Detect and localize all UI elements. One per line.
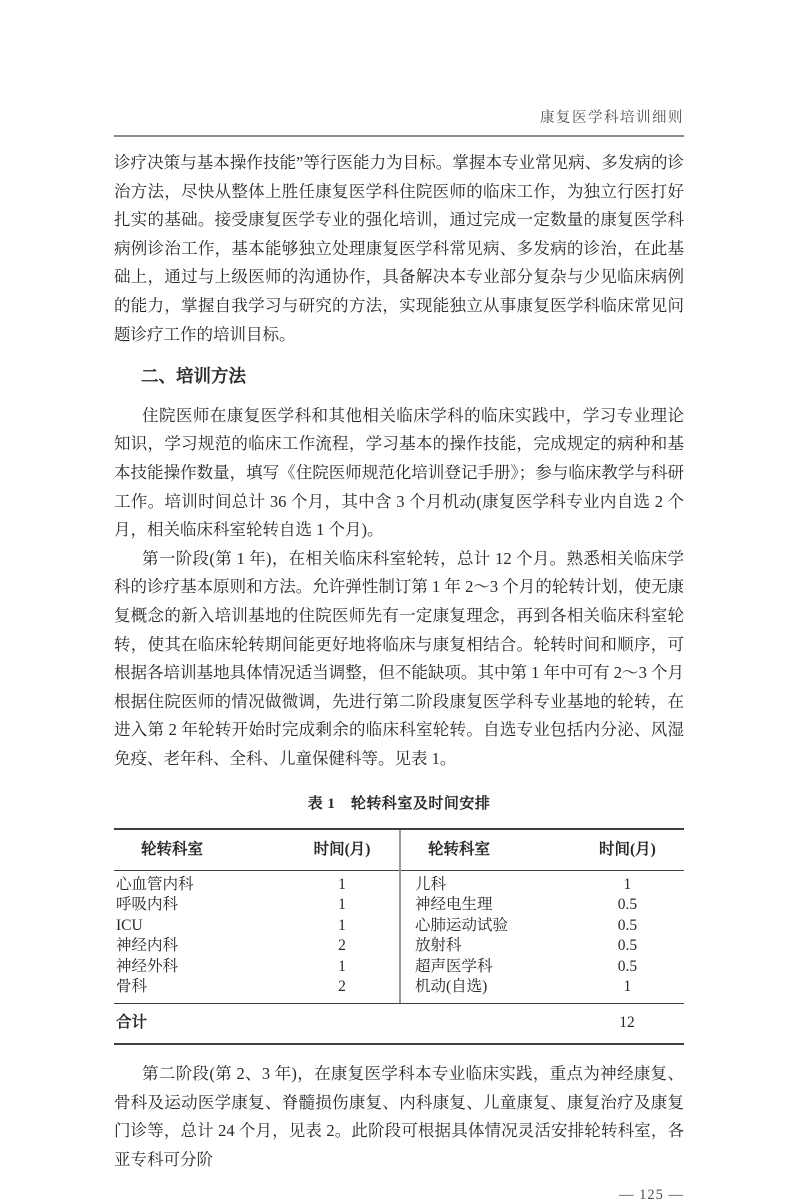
- table-row: 机动(自选)1: [401, 977, 684, 998]
- rotation-table: 轮转科室 时间(月) 心血管内科1呼吸内科1ICU1神经内科2神经外科1骨科2 …: [114, 828, 684, 1045]
- table-right-rows: 儿科1神经电生理0.5心肺运动试验0.5放射科0.5超声医学科0.5机动(自选)…: [401, 875, 684, 998]
- table-cell-time: 2: [285, 973, 399, 1002]
- column-header-time: 时间(月): [571, 836, 684, 865]
- table-cell-time: 1: [571, 973, 684, 1002]
- table-header-row: 轮转科室 时间(月): [401, 830, 684, 871]
- table-title: 表 1 轮转科室及时间安排: [114, 790, 684, 819]
- document-page: 康复医学科培训细则 诊疗决策与基本操作技能”等行医能力为目标。掌握本专业常见病、…: [114, 0, 684, 1204]
- body-text: 诊疗决策与基本操作技能”等行医能力为目标。掌握本专业常见病、多发病的诊治方法，尽…: [114, 149, 684, 1175]
- column-header-dept: 轮转科室: [401, 836, 571, 865]
- table-total-row: 合计 12: [114, 1003, 684, 1044]
- table-header-row: 轮转科室 时间(月): [114, 830, 399, 871]
- paragraph-methods-overview: 住院医师在康复医学科和其他相关临床学科的临床实践中，学习专业理论知识，学习规范的…: [114, 402, 684, 545]
- table-total-label: 合计: [114, 1009, 399, 1038]
- header-rule: [114, 135, 684, 137]
- table-cell-dept: 骨科: [114, 973, 285, 1002]
- section-heading-training-methods: 二、培训方法: [141, 362, 684, 391]
- paragraph-continued: 诊疗决策与基本操作技能”等行医能力为目标。掌握本专业常见病、多发病的诊治方法，尽…: [114, 149, 684, 349]
- table-cell-dept: 机动(自选): [401, 973, 571, 1002]
- table-total-spacer: [399, 1009, 570, 1038]
- page-number: — 125 —: [114, 1187, 684, 1204]
- rotation-table-box: 轮转科室 时间(月) 心血管内科1呼吸内科1ICU1神经内科2神经外科1骨科2 …: [114, 828, 684, 1045]
- paragraph-stage1: 第一阶段(第 1 年)，在相关临床科室轮转，总计 12 个月。熟悉相关临床学科的…: [114, 545, 684, 774]
- rotation-table-main: 轮转科室 时间(月) 心血管内科1呼吸内科1ICU1神经内科2神经外科1骨科2 …: [114, 830, 684, 1003]
- column-header-dept: 轮转科室: [114, 836, 285, 865]
- paragraph-stage2: 第二阶段(第 2、3 年)，在康复医学科本专业临床实践，重点为神经康复、骨科及运…: [114, 1060, 684, 1174]
- running-header-title: 康复医学科培训细则: [114, 106, 684, 127]
- table-total-value: 12: [570, 1009, 684, 1038]
- column-header-time: 时间(月): [285, 836, 399, 865]
- table-right-half: 轮转科室 时间(月) 儿科1神经电生理0.5心肺运动试验0.5放射科0.5超声医…: [399, 830, 684, 1003]
- table-total-right: 12: [399, 1009, 684, 1038]
- table-left-half: 轮转科室 时间(月) 心血管内科1呼吸内科1ICU1神经内科2神经外科1骨科2: [114, 830, 399, 1003]
- table-left-rows: 心血管内科1呼吸内科1ICU1神经内科2神经外科1骨科2: [114, 875, 399, 998]
- table-row: 骨科2: [114, 977, 399, 998]
